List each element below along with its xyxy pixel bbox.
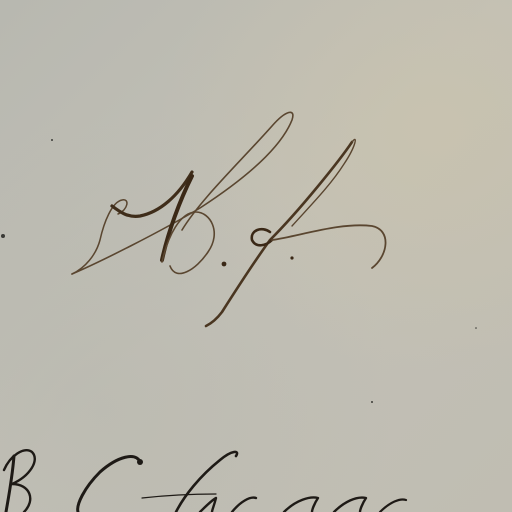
handwriting-layer — [0, 0, 512, 512]
bottom-line-handwriting — [4, 450, 406, 512]
document-page: H. J. B. C. Lumm… — [0, 0, 512, 512]
paper-specks — [1, 139, 477, 403]
monogram-initials — [72, 112, 386, 326]
